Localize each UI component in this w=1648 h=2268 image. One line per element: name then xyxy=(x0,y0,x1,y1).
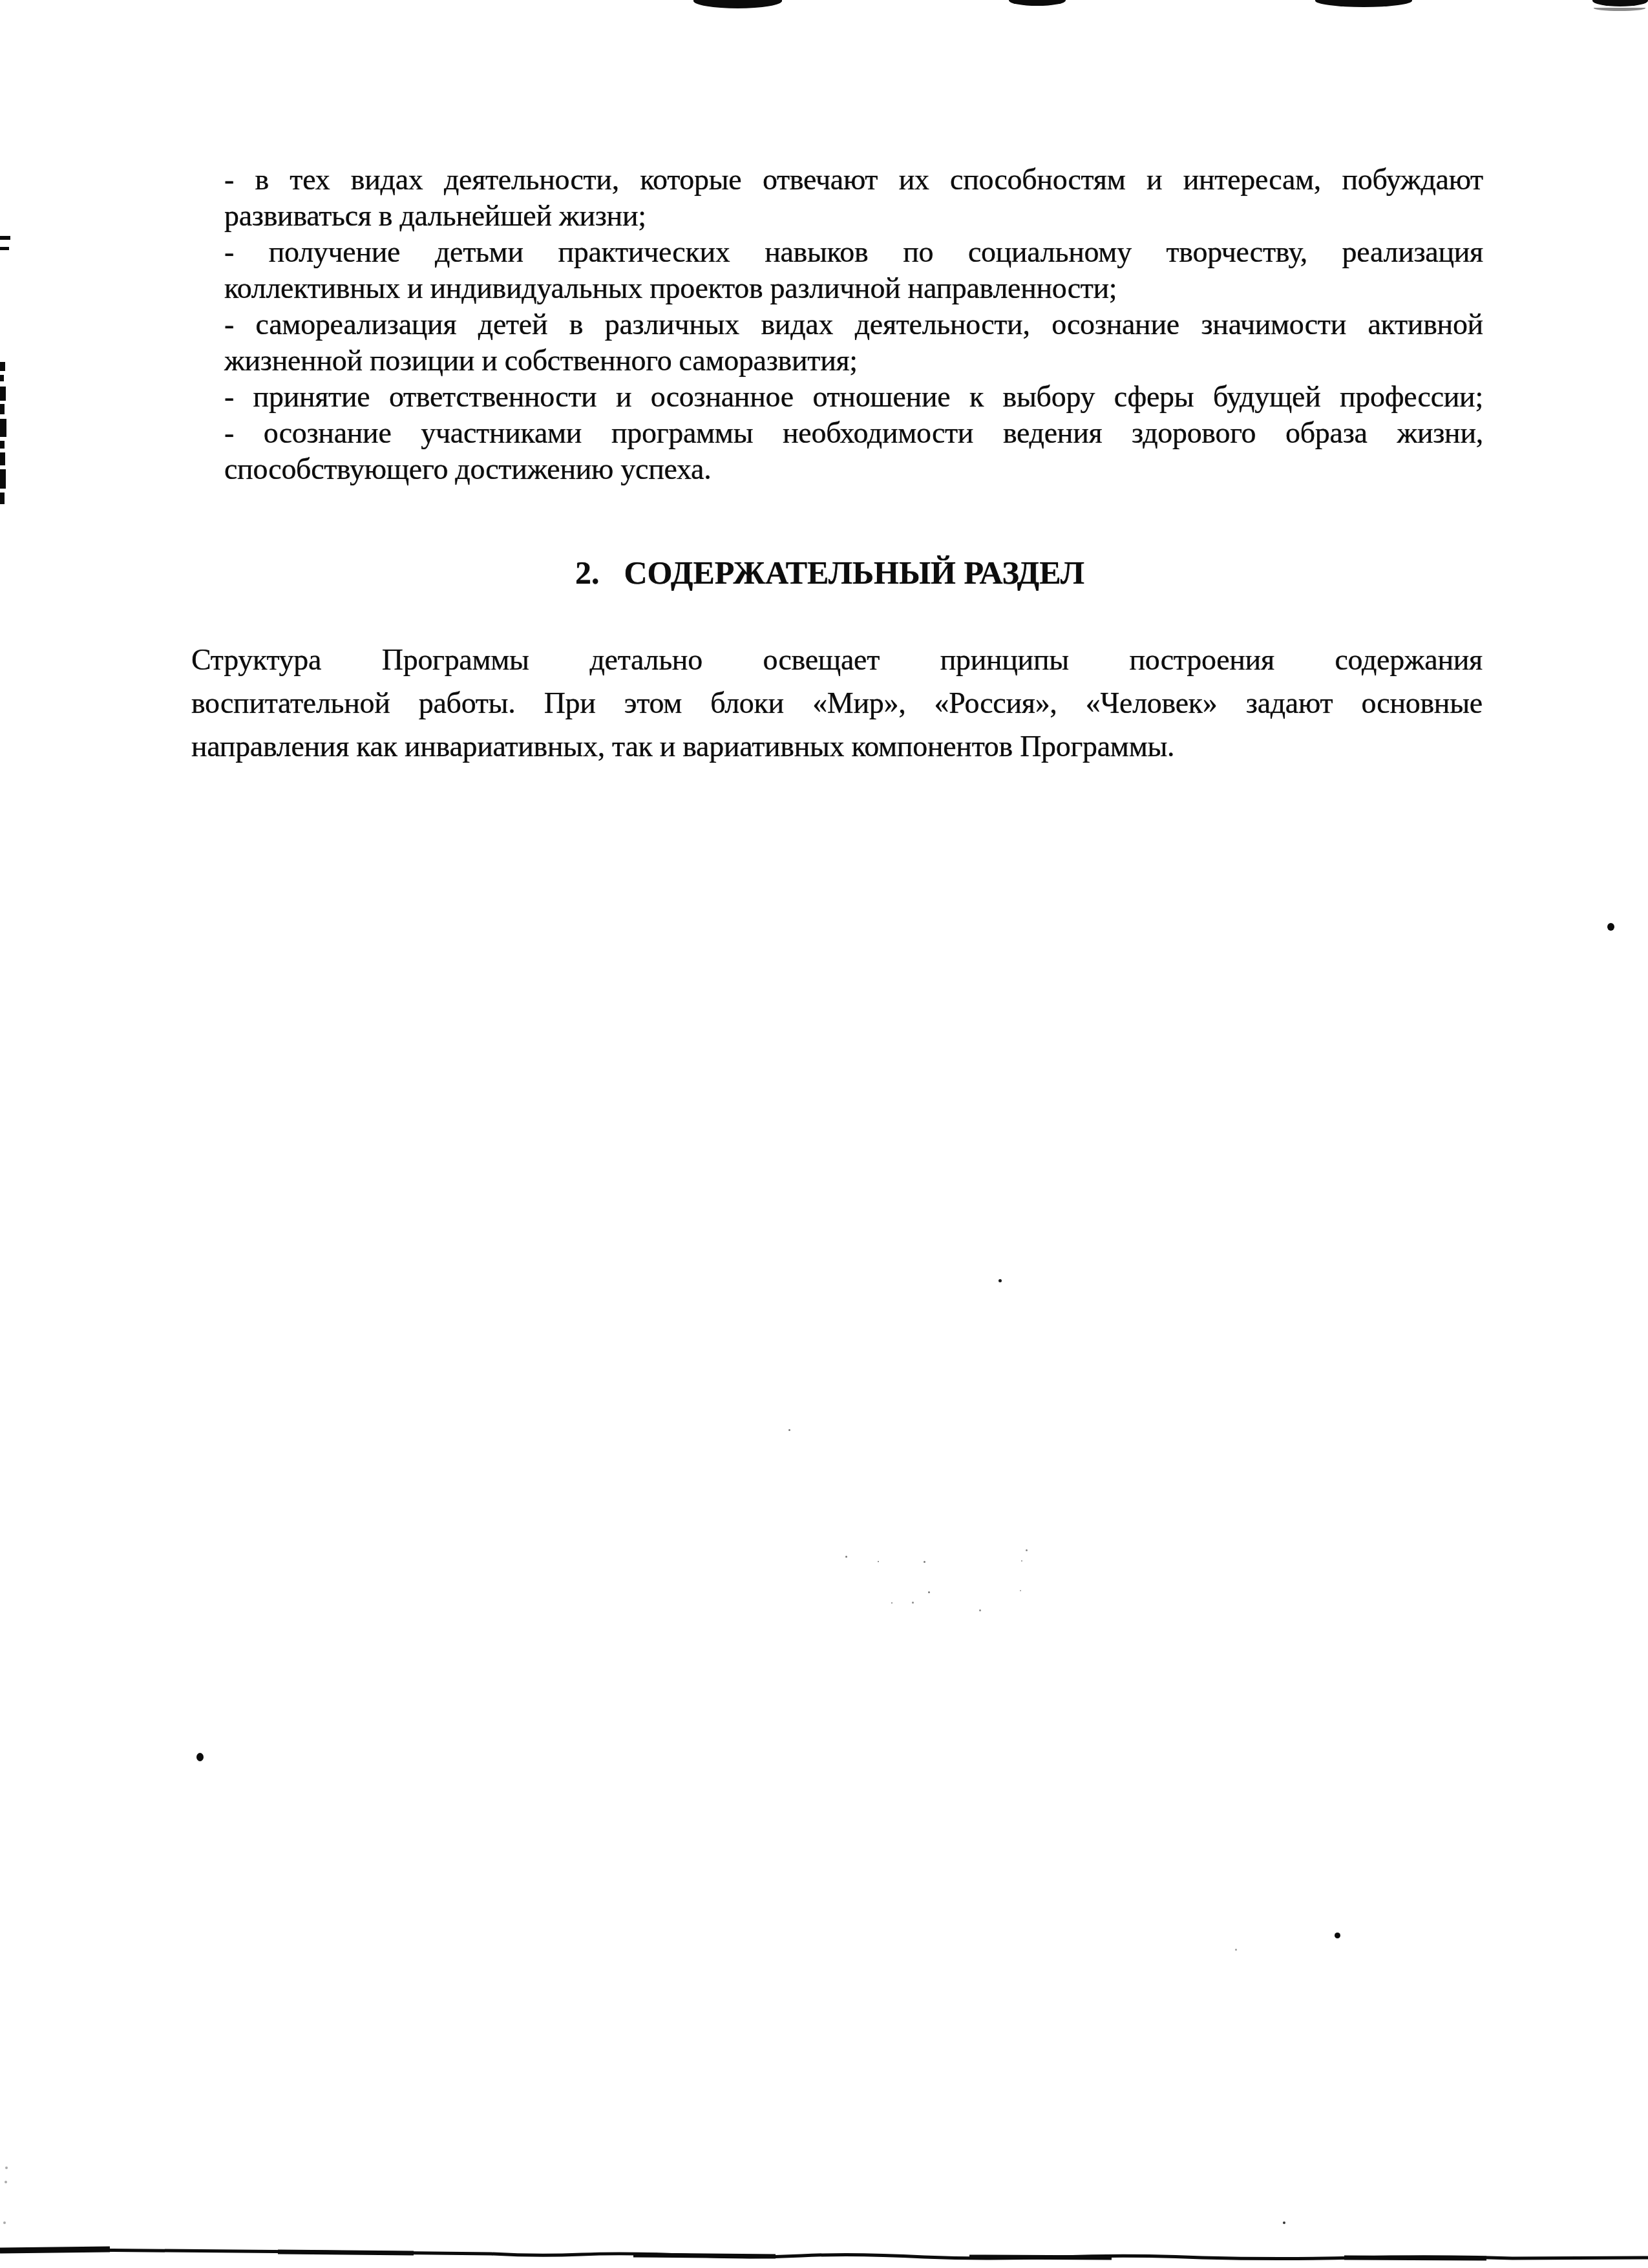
text-line: -осознаниеучастникамипрограммынеобходимо… xyxy=(224,415,1483,451)
text-line: -самореализациядетейвразличныхвидахдеяте… xyxy=(224,306,1483,343)
scan-speck xyxy=(912,1602,914,1604)
top-edge-scan-blob xyxy=(1592,0,1648,6)
scan-speck xyxy=(998,1279,1002,1282)
text-line: воспитательнойработы.Приэтомблоки«Мир»,«… xyxy=(191,681,1483,725)
scan-speck xyxy=(1020,1590,1021,1591)
left-edge-scan-mark xyxy=(0,362,5,371)
left-edge-scan-mark xyxy=(0,236,10,240)
left-edge-scan-mark xyxy=(0,375,4,381)
scan-speck xyxy=(788,1429,790,1431)
text-line: -втехвидахдеятельности,которыеотвечаютих… xyxy=(224,162,1483,198)
text-line: -принятиеответственностииосознанноеотнош… xyxy=(224,379,1483,415)
bottom-edge-scan-line xyxy=(0,2243,1648,2266)
scan-speck xyxy=(928,1591,930,1593)
text-line: способствующего достижению успеха. xyxy=(224,451,1483,487)
text-line: СтруктураПрограммыдетальноосвещаетпринци… xyxy=(191,638,1483,681)
scan-speck xyxy=(979,1609,981,1611)
scan-speck xyxy=(845,1556,847,1558)
left-edge-scan-mark xyxy=(0,493,5,504)
scan-speck xyxy=(1607,923,1614,931)
text-line: направления как инвариативных, так и вар… xyxy=(191,725,1483,768)
text-line: жизненной позиции и собственного самораз… xyxy=(224,343,1483,379)
left-edge-scan-mark xyxy=(0,387,6,401)
scan-speck xyxy=(878,1561,879,1562)
scan-speck xyxy=(891,1602,893,1604)
left-edge-scan-mark xyxy=(0,441,5,449)
left-edge-scan-mark xyxy=(0,247,9,250)
left-edge-scan-mark xyxy=(0,452,5,465)
top-edge-scan-blob xyxy=(1315,0,1412,7)
scan-speck xyxy=(3,2221,6,2224)
top-edge-scan-blob xyxy=(1009,0,1066,6)
left-edge-scan-mark xyxy=(0,469,6,489)
body-paragraph: СтруктураПрограммыдетальноосвещаетпринци… xyxy=(191,638,1483,768)
bullet-list: -втехвидахдеятельности,которыеотвечаютих… xyxy=(224,162,1483,487)
left-edge-scan-mark xyxy=(0,419,6,437)
scanned-document-page: -втехвидахдеятельности,которыеотвечаютих… xyxy=(0,0,1648,2268)
top-edge-scan-blob xyxy=(693,0,782,8)
section-number: 2. xyxy=(575,555,600,591)
left-edge-scan-mark xyxy=(0,404,5,414)
section-title: СОДЕРЖАТЕЛЬНЫЙ РАЗДЕЛ xyxy=(624,555,1085,591)
scan-speck xyxy=(924,1561,925,1563)
scan-speck xyxy=(5,2181,7,2183)
scan-speck xyxy=(5,2167,8,2169)
scan-speck xyxy=(1335,1933,1340,1938)
top-edge-scan-blob xyxy=(1594,8,1645,11)
scan-speck xyxy=(1026,1549,1028,1551)
scan-speck xyxy=(1235,1949,1237,1951)
section-heading: 2.СОДЕРЖАТЕЛЬНЫЙ РАЗДЕЛ xyxy=(575,553,1084,592)
scan-speck xyxy=(196,1753,204,1761)
text-line: развиваться в дальнейшей жизни; xyxy=(224,198,1483,234)
scan-speck xyxy=(1283,2221,1285,2224)
scan-speck xyxy=(1021,1560,1022,1562)
text-line: коллективных и индивидуальных проектов р… xyxy=(224,270,1483,306)
text-line: -получениедетьмипрактическихнавыковпосоц… xyxy=(224,234,1483,270)
